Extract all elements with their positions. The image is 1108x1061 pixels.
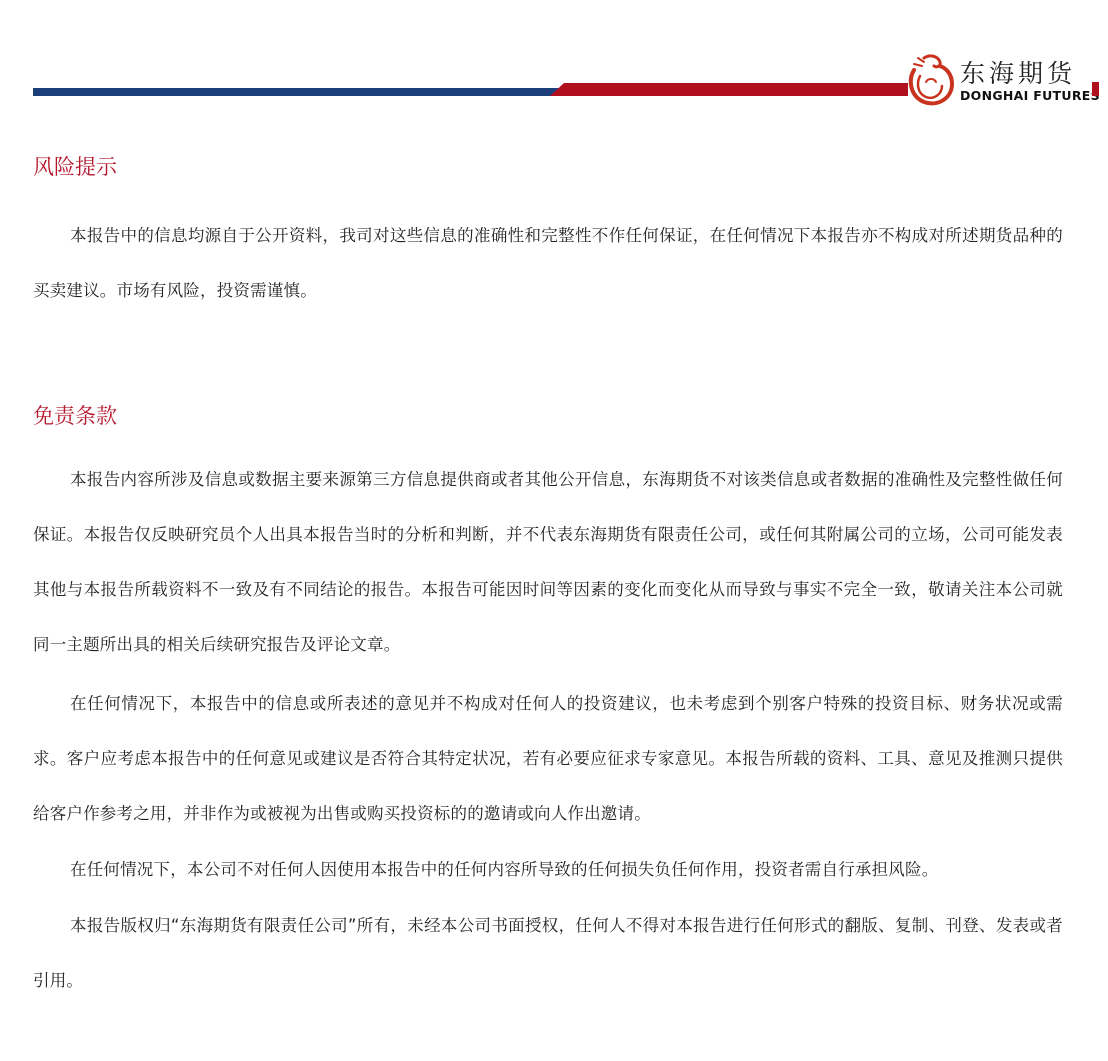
disclaimer-section-title: 免责条款 [33, 402, 117, 430]
header-red-tip [1092, 82, 1099, 96]
disclaimer-paragraph: 本报告版权归“东海期货有限责任公司”所有，未经本公司书面授权，任何人不得对本报告… [33, 898, 1063, 1008]
logo-chinese-text: 东海期货 [960, 60, 1076, 88]
risk-paragraph: 本报告中的信息均源自于公开资料，我司对这些信息的准确性和完整性不作任何保证，在任… [33, 208, 1063, 318]
disclaimer-paragraph: 在任何情况下，本报告中的信息或所表述的意见并不构成对任何人的投资建议，也未考虑到… [33, 676, 1063, 841]
logo-english-text: DONGHAI FUTURES [960, 89, 1100, 103]
disclaimer-paragraph: 本报告内容所涉及信息或数据主要来源第三方信息提供商或者其他公开信息，东海期货不对… [33, 452, 1063, 672]
header-red-bar [550, 83, 908, 96]
dragon-logo-icon [904, 52, 956, 106]
risk-section-title: 风险提示 [33, 153, 117, 181]
disclaimer-paragraph: 在任何情况下，本公司不对任何人因使用本报告中的任何内容所导致的任何损失负任何作用… [33, 842, 1063, 897]
page-header: 东海期货 DONGHAI FUTURES [0, 0, 1108, 120]
header-blue-bar [33, 88, 563, 96]
